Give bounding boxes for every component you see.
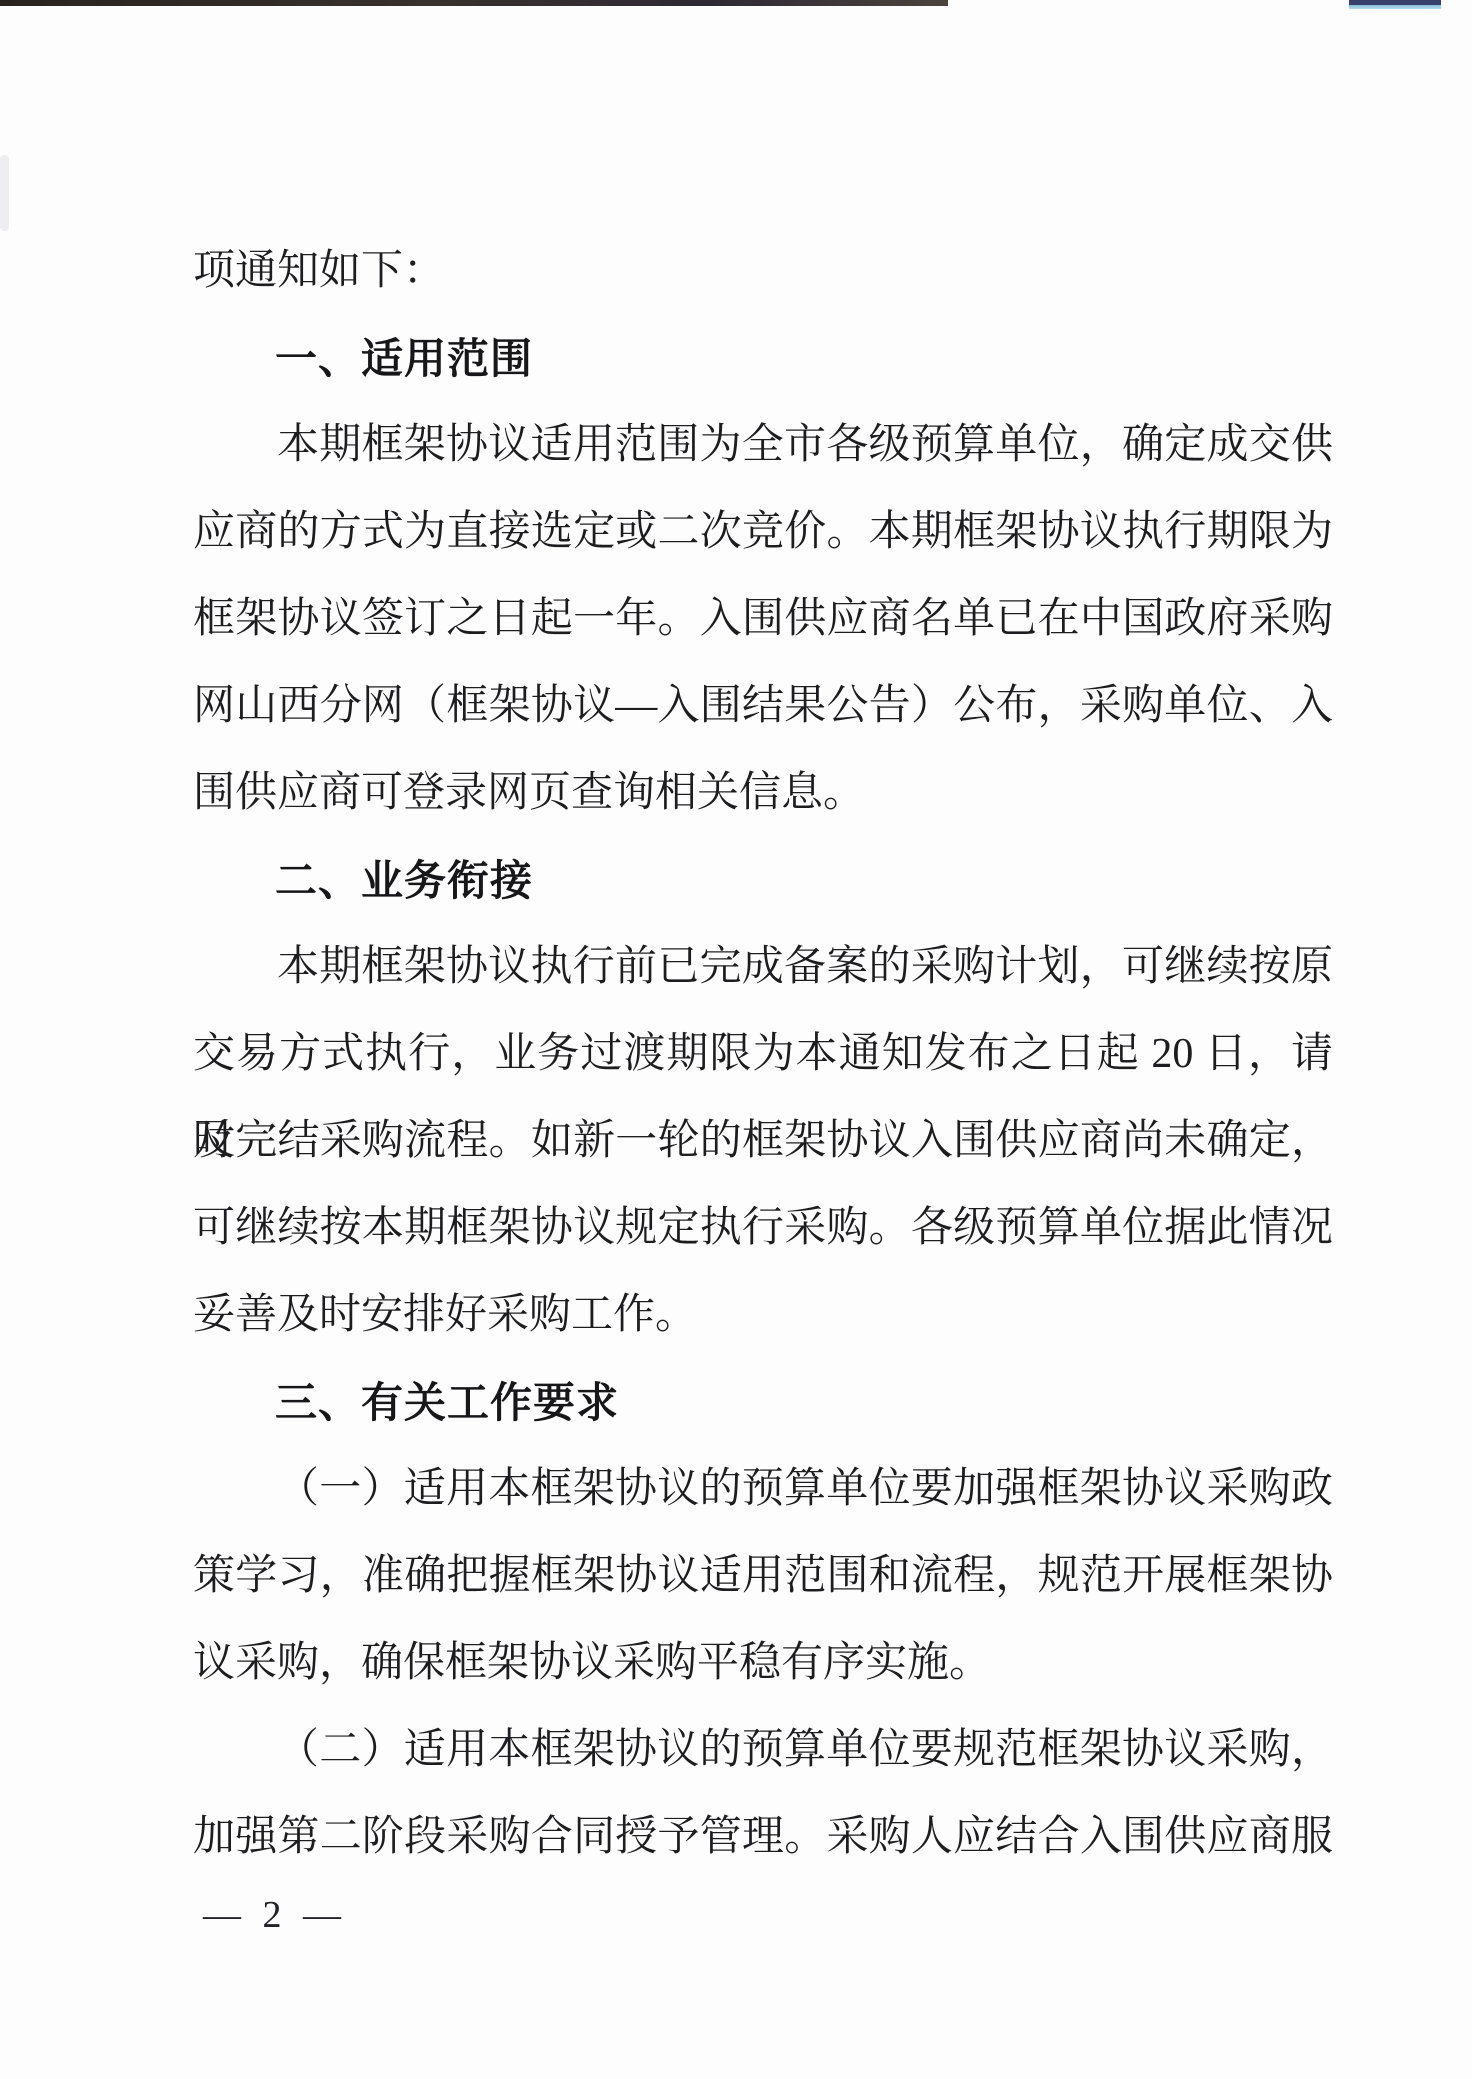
body-line: 议采购，确保框架协议采购平稳有序实施。 — [193, 1620, 1333, 1707]
scan-artifact-left-smudge — [0, 155, 9, 231]
body-line: （一）适用本框架协议的预算单位要加强框架协议采购政 — [193, 1446, 1333, 1533]
body-line: 本期框架协议适用范围为全市各级预算单位，确定成交供 — [193, 402, 1333, 489]
body-line: 加强第二阶段采购合同授予管理。采购人应结合入围供应商服 — [193, 1794, 1333, 1881]
scan-artifact-top-edge — [0, 0, 948, 6]
body-line: 可继续按本期框架协议规定执行采购。各级预算单位据此情况 — [193, 1185, 1333, 1272]
section-3-heading: 三、有关工作要求 — [193, 1359, 1333, 1446]
scan-artifact-top-right-mark — [1349, 0, 1441, 9]
intro-line: 项通知如下： — [193, 228, 1333, 315]
body-line: 网山西分网（框架协议—入围结果公告）公布，采购单位、入 — [193, 663, 1333, 750]
section-2-heading: 二、业务衔接 — [193, 837, 1333, 924]
body-line: 框架协议签订之日起一年。入围供应商名单已在中国政府采购 — [193, 576, 1333, 663]
document-body: 项通知如下： 一、适用范围 本期框架协议适用范围为全市各级预算单位，确定成交供 … — [193, 228, 1333, 1881]
body-line: 围供应商可登录网页查询相关信息。 — [193, 750, 1333, 837]
scanned-document-page: 项通知如下： 一、适用范围 本期框架协议适用范围为全市各级预算单位，确定成交供 … — [0, 0, 1472, 2079]
body-line: 交易方式执行，业务过渡期限为本通知发布之日起 20 日，请及 — [193, 1011, 1333, 1098]
page-number: — 2 — — [203, 1890, 347, 1940]
body-line: （二）适用本框架协议的预算单位要规范框架协议采购， — [193, 1707, 1333, 1794]
body-line: 妥善及时安排好采购工作。 — [193, 1272, 1333, 1359]
body-line: 策学习，准确把握框架协议适用范围和流程，规范开展框架协 — [193, 1533, 1333, 1620]
body-line: 时完结采购流程。如新一轮的框架协议入围供应商尚未确定， — [193, 1098, 1333, 1185]
body-line: 应商的方式为直接选定或二次竞价。本期框架协议执行期限为 — [193, 489, 1333, 576]
section-1-heading: 一、适用范围 — [193, 315, 1333, 402]
body-line: 本期框架协议执行前已完成备案的采购计划，可继续按原 — [193, 924, 1333, 1011]
